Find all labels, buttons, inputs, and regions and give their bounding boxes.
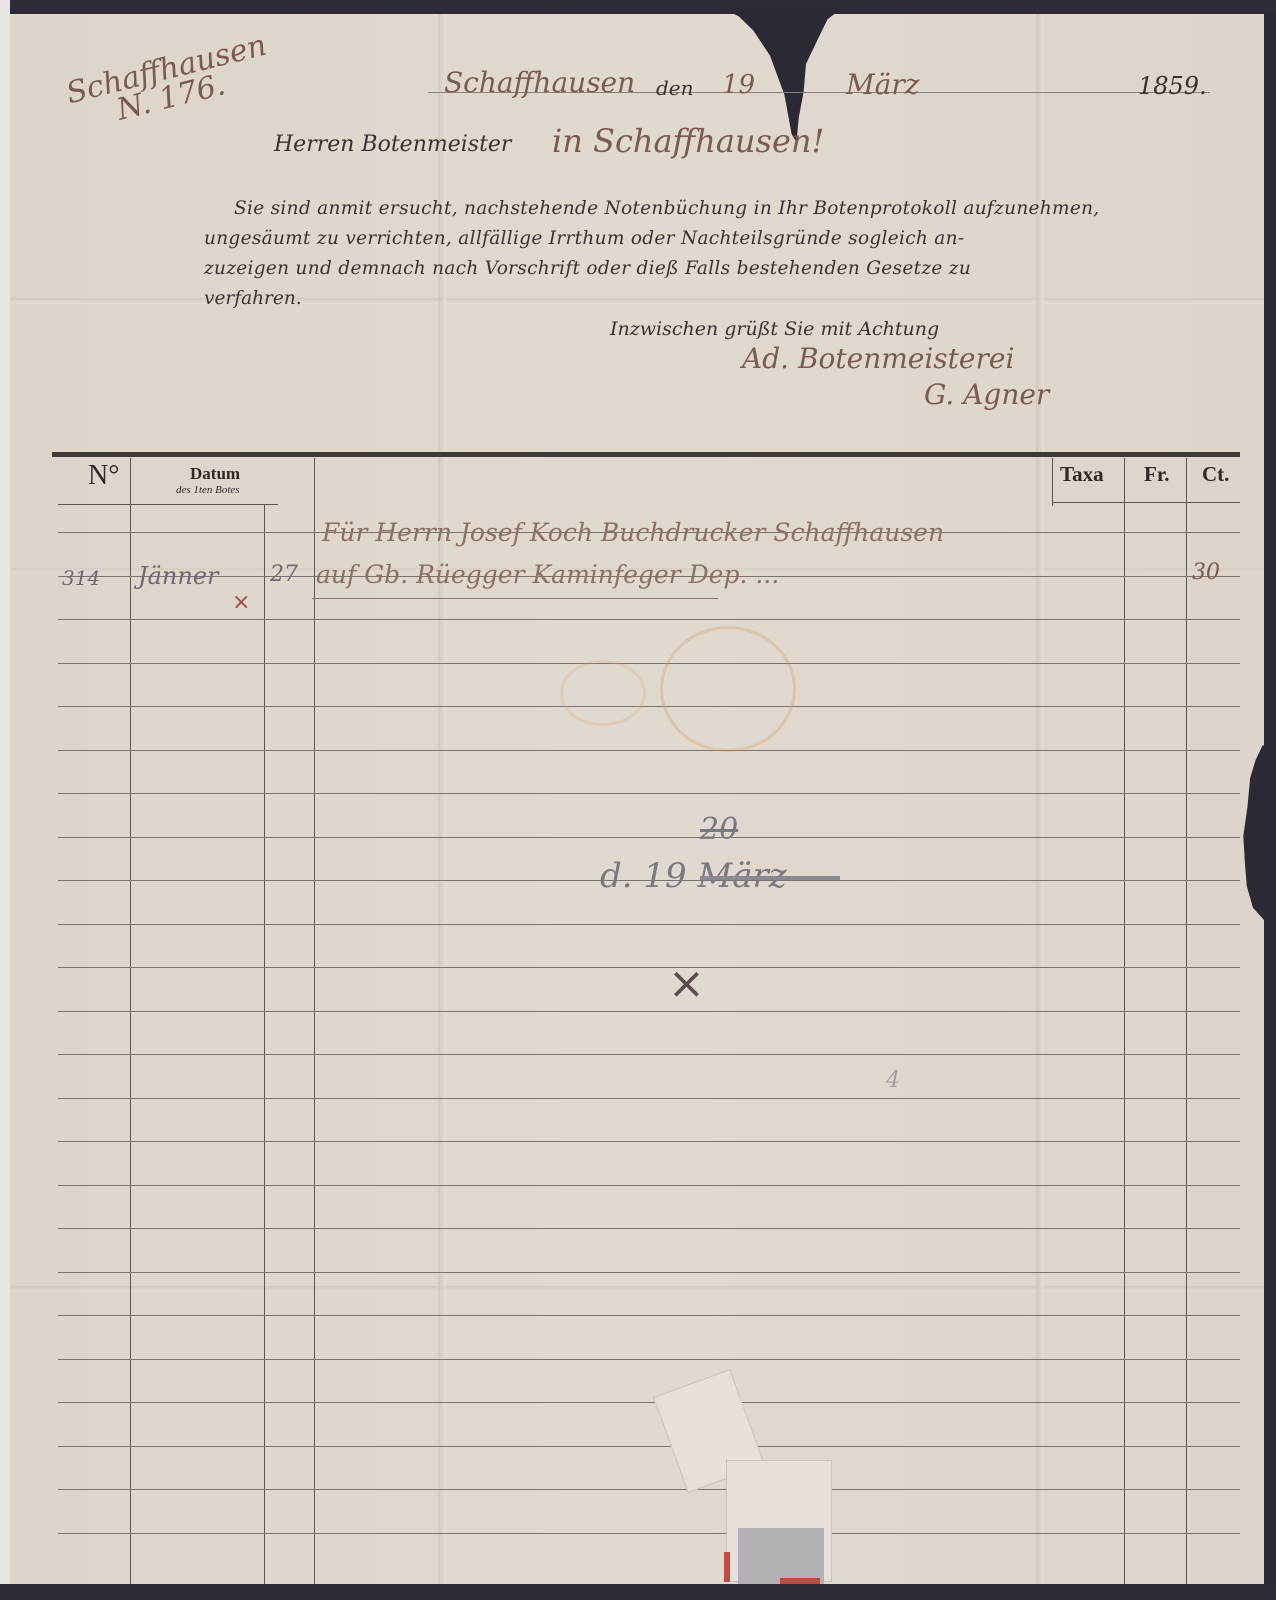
table-rule-line [58, 1533, 1240, 1534]
header-year: 1859. [1138, 72, 1207, 100]
table-rule-line [58, 1054, 1240, 1055]
header-datum: Datum [190, 464, 240, 484]
column-divider [130, 458, 131, 1586]
letter-sheet [10, 14, 1264, 1586]
column-divider [264, 504, 265, 1586]
closing-line: Inzwischen grüßt Sie mit Achtung [610, 318, 939, 340]
table-rule-line [58, 1185, 1240, 1186]
table-rule-line [58, 1489, 1240, 1490]
header-place: Schaffhausen [444, 66, 635, 99]
table-rule-line [58, 663, 1240, 664]
header-den: den [656, 76, 694, 100]
table-rule-line [58, 967, 1240, 968]
header-month: März [846, 68, 920, 101]
entry-month: Jänner [138, 562, 219, 590]
stray-pencil-mark: 4 [886, 1068, 900, 1093]
background-left [0, 0, 10, 1600]
column-divider [1124, 458, 1125, 1586]
red-wax-remnant [724, 1552, 730, 1582]
signature-office: Ad. Botenmeisterei [742, 342, 1014, 375]
table-rule-line [58, 619, 1240, 620]
table-rule-line [58, 793, 1240, 794]
table-rule-line [58, 837, 1240, 838]
table-rule-line [58, 1402, 1240, 1403]
body-line: zuzeigen und demnach nach Vorschrift ode… [204, 258, 971, 279]
entry-number: 314 [62, 566, 100, 590]
fold-crease-vertical [438, 14, 446, 1586]
table-rule-line [58, 924, 1240, 925]
fold-crease-horizontal [10, 1286, 1264, 1292]
entry-description-line1: Für Herrn Josef Koch Buchdrucker Schaffh… [322, 518, 944, 547]
salutation-recipient: in Schaffhausen! [552, 122, 824, 160]
column-divider [314, 458, 315, 1586]
salutation-prefix: Herren Botenmeister [274, 132, 511, 157]
body-line: Sie sind anmit ersucht, nachstehende Not… [234, 198, 1099, 219]
table-top-rule [52, 452, 1240, 457]
header-no: N° [88, 460, 119, 492]
header-ct: Ct. [1202, 462, 1229, 487]
column-divider [1186, 458, 1187, 1586]
pencil-cross-mark: × [668, 958, 705, 1009]
header-fr: Fr. [1144, 462, 1169, 487]
background-top [0, 0, 1276, 14]
background-bottom [0, 1584, 1276, 1600]
entry-description-line2: auf Gb. Rüegger Kaminfeger Dep. ... [316, 560, 779, 589]
red-cross-mark: × [232, 590, 250, 615]
faded-postmark-stain [660, 626, 796, 752]
header-datum-sub: des 1ten Botes [176, 484, 240, 496]
fold-crease-vertical [1036, 14, 1044, 1586]
table-rule-line [58, 1228, 1240, 1229]
table-rule-line [58, 1098, 1240, 1099]
entry-underline [312, 598, 718, 599]
table-rule-line [58, 1141, 1240, 1142]
table-rule-line [58, 1315, 1240, 1316]
seal-remnant [738, 1528, 824, 1584]
fold-crease-horizontal [10, 298, 1264, 304]
header-rule [1052, 502, 1240, 503]
table-rule-line [58, 750, 1240, 751]
table-rule-line [58, 706, 1240, 707]
pencil-struck-number: 20 [700, 812, 738, 847]
entry-ct-value: 30 [1192, 560, 1220, 585]
table-rule-line [58, 1359, 1240, 1360]
body-line: ungesäumt zu verrichten, allfällige Irrt… [204, 228, 964, 249]
table-rule-line [58, 1272, 1240, 1273]
header-taxa: Taxa [1060, 462, 1104, 487]
body-line: verfahren. [204, 288, 302, 309]
entry-day: 27 [270, 562, 298, 587]
header-rule [58, 504, 278, 505]
column-divider [1052, 458, 1053, 506]
table-rule-line [58, 1011, 1240, 1012]
faded-postmark-stain [560, 660, 646, 726]
header-day: 19 [722, 70, 755, 100]
table-rule-line [58, 1446, 1240, 1447]
pencil-strike [700, 876, 840, 880]
signature-name: G. Agner [924, 378, 1049, 411]
